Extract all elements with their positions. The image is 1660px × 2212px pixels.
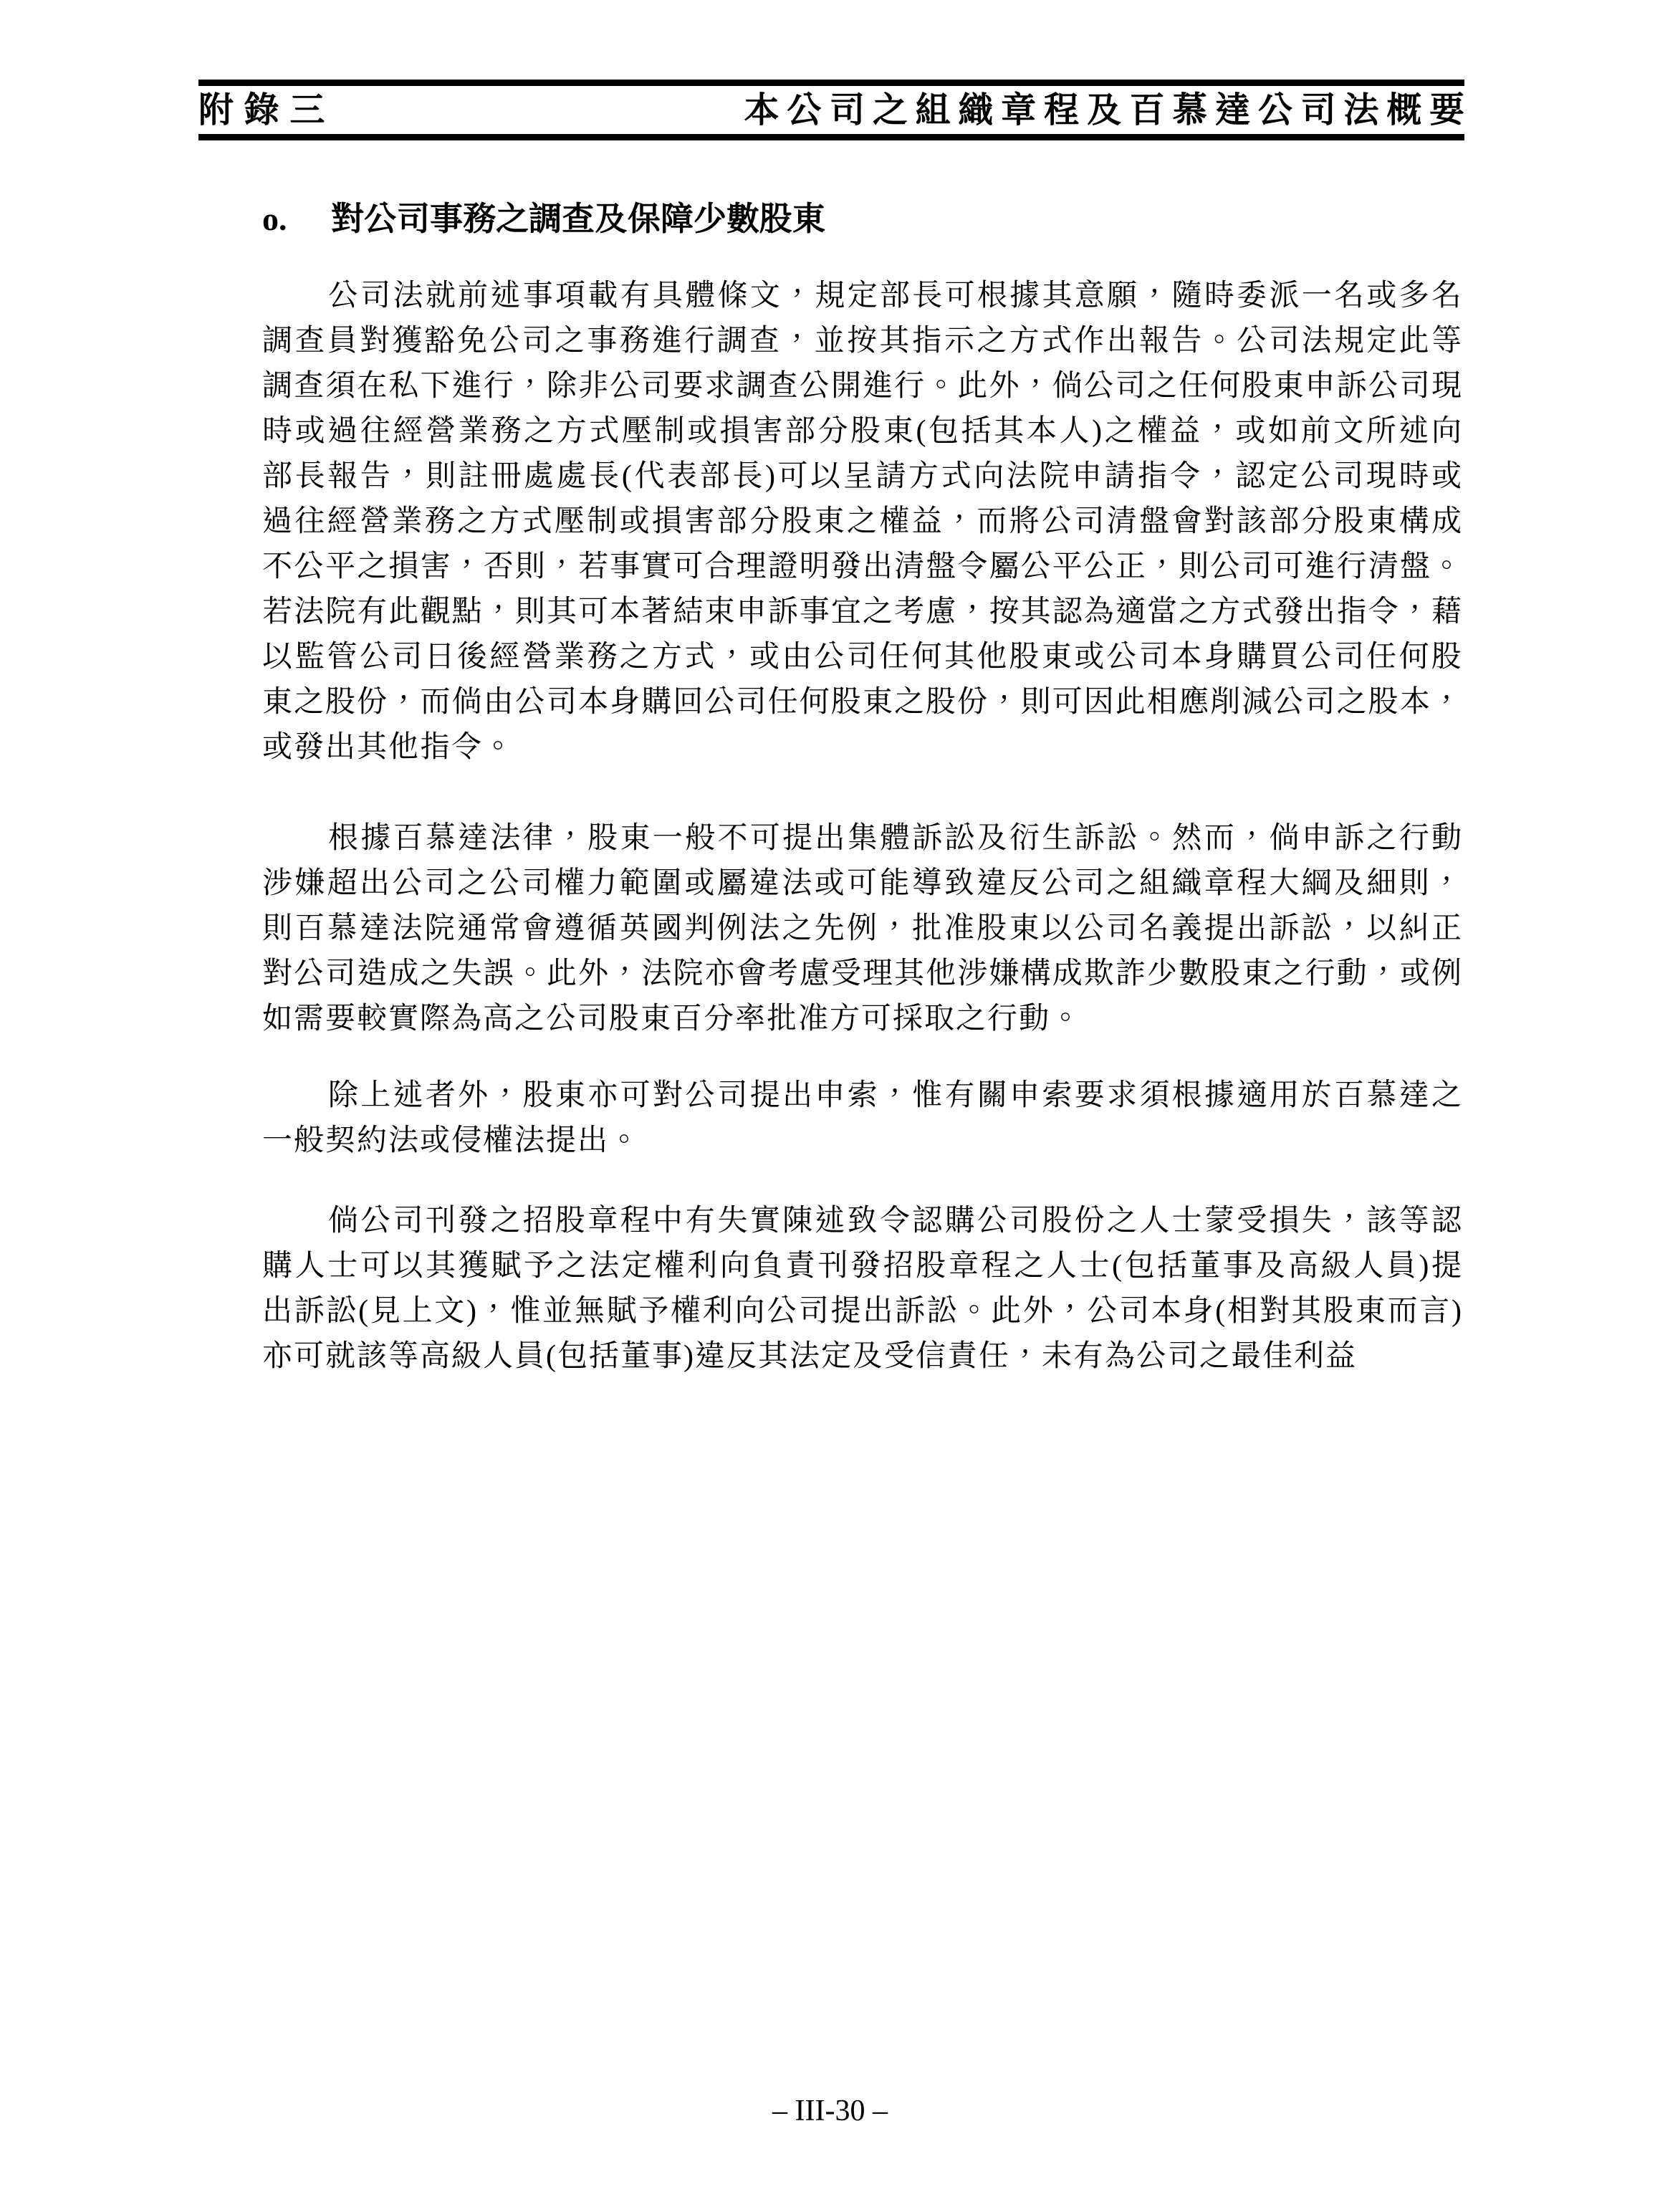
paragraph: 公司法就前述事項載有具體條文，規定部長可根據其意願，隨時委派一名或多名 調查員對… [262, 274, 1462, 770]
text-line: 一般契約法或侵權法提出。 [262, 1119, 1462, 1164]
page-number: – III-30 – [772, 2094, 888, 2127]
text-line: 時或過往經營業務之方式壓制或損害部分股東(包括其本人)之權益，或如前文所述向 [262, 409, 1462, 454]
text-line: 調查員對獲豁免公司之事務進行調查，並按其指示之方式作出報告。公司法規定此等 [262, 319, 1462, 364]
document-page: 附錄三 本公司之組織章程及百慕達公司法概要 o. 對公司事務之調查及保障少數股東… [0, 0, 1660, 2212]
section-heading: o. 對公司事務之調查及保障少數股東 [262, 199, 1462, 239]
paragraph: 倘公司刊發之招股章程中有失實陳述致令認購公司股份之人士蒙受損失，該等認 購人士可… [262, 1199, 1462, 1379]
text-line: 出訴訟(見上文)，惟並無賦予權利向公司提出訴訟。此外，公司本身(相對其股東而言) [262, 1289, 1462, 1334]
text-line: 則百慕達法院通常會遵循英國判例法之先例，批准股東以公司名義提出訴訟，以糾正 [262, 906, 1462, 952]
text-line: 購人士可以其獲賦予之法定權利向負責刊發招股章程之人士(包括董事及高級人員)提 [262, 1244, 1462, 1289]
text-line: 或發出其他指令。 [262, 725, 1462, 770]
page-header: 附錄三 本公司之組織章程及百慕達公司法概要 [198, 80, 1464, 140]
text-line: 除上述者外，股東亦可對公司提出申索，惟有關申索要求須根據適用於百慕達之 [262, 1073, 1462, 1119]
text-line: 若法院有此觀點，則其可本著結束申訴事宜之考慮，按其認為適當之方式發出指令，藉 [262, 590, 1462, 635]
text-line: 根據百慕達法律，股東一般不可提出集體訴訟及衍生訴訟。然而，倘申訴之行動 [262, 816, 1462, 861]
header-title: 本公司之組織章程及百慕達公司法概要 [744, 92, 1472, 128]
text-line: 東之股份，而倘由公司本身購回公司任何股東之股份，則可因此相應削減公司之股本， [262, 680, 1462, 725]
text-line: 如需要較實際為高之公司股東百分率批准方可採取之行動。 [262, 997, 1462, 1042]
text-line: 不公平之損害，否則，若事實可合理證明發出清盤令屬公平公正，則公司可進行清盤。 [262, 545, 1462, 590]
text-line: 倘公司刊發之招股章程中有失實陳述致令認購公司股份之人士蒙受損失，該等認 [262, 1199, 1462, 1244]
text-line: 以監管公司日後經營業務之方式，或由公司任何其他股東或公司本身購買公司任何股 [262, 635, 1462, 680]
text-line: 過往經營業務之方式壓制或損害部分股東之權益，而將公司清盤會對該部分股東構成 [262, 499, 1462, 545]
section-marker: o. [262, 199, 331, 239]
page-footer: – III-30 – [0, 2094, 1660, 2128]
text-line: 亦可就該等高級人員(包括董事)違反其法定及受信責任，未有為公司之最佳利益 [262, 1334, 1462, 1379]
appendix-label: 附錄三 [198, 92, 335, 128]
paragraph: 除上述者外，股東亦可對公司提出申索，惟有關申索要求須根據適用於百慕達之 一般契約… [262, 1073, 1462, 1164]
text-line: 部長報告，則註冊處處長(代表部長)可以呈請方式向法院申請指令，認定公司現時或 [262, 454, 1462, 499]
text-line: 公司法就前述事項載有具體條文，規定部長可根據其意願，隨時委派一名或多名 [262, 274, 1462, 319]
body-content: o. 對公司事務之調查及保障少數股東 公司法就前述事項載有具體條文，規定部長可根… [262, 199, 1462, 1379]
section-title: 對公司事務之調查及保障少數股東 [331, 199, 825, 239]
paragraph: 根據百慕達法律，股東一般不可提出集體訴訟及衍生訴訟。然而，倘申訴之行動 涉嫌超出… [262, 816, 1462, 1042]
text-line: 調查須在私下進行，除非公司要求調查公開進行。此外，倘公司之任何股東申訴公司現 [262, 364, 1462, 409]
text-line: 對公司造成之失誤。此外，法院亦會考慮受理其他涉嫌構成欺詐少數股東之行動，或例 [262, 952, 1462, 997]
text-line: 涉嫌超出公司之公司權力範圍或屬違法或可能導致違反公司之組織章程大綱及細則， [262, 861, 1462, 906]
